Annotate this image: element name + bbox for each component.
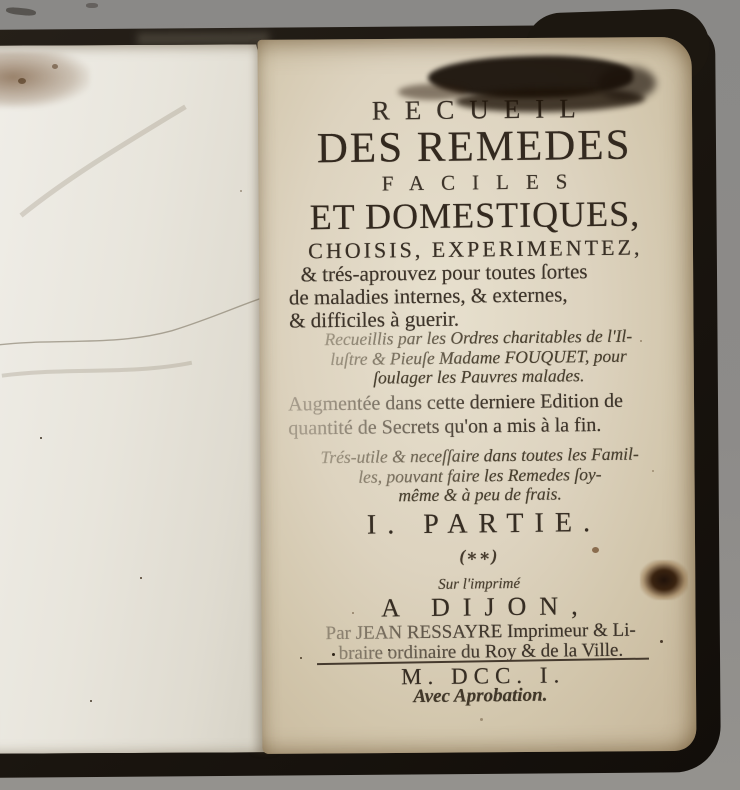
scanned-book-photo: RECUEIL DES REMEDES FACILES ET DOMESTIQU… bbox=[0, 0, 740, 790]
typographic-ornament: (∗∗) bbox=[262, 544, 696, 569]
utility-paragraph: Trés-utile & neceſſaire dans toutes les … bbox=[283, 444, 678, 507]
title-page: RECUEIL DES REMEDES FACILES ET DOMESTIQU… bbox=[258, 37, 697, 754]
part-label: I. PARTIE. bbox=[261, 506, 695, 543]
approval-paragraph: & trés-aprouvez pour toutes ſortes de ma… bbox=[288, 259, 667, 332]
approbation-line: Avec Aprobation. bbox=[263, 683, 697, 710]
scanner-edge-mark bbox=[86, 3, 98, 8]
page-crease-lines bbox=[0, 44, 274, 753]
attribution-paragraph: Recueillis par les Ordres charitables de… bbox=[281, 326, 676, 389]
title-page-text: RECUEIL DES REMEDES FACILES ET DOMESTIQU… bbox=[256, 36, 698, 755]
imprint-city: A DIJON, bbox=[262, 590, 696, 625]
edition-paragraph: Augmentée dans cette derniere Edition de… bbox=[288, 389, 673, 440]
subtitle-domestiques: ET DOMESTIQUES, bbox=[258, 192, 692, 239]
main-title: DES REMEDES bbox=[257, 120, 692, 174]
paragraph-line: quantité de Secrets qu'on a mis à la fin… bbox=[288, 413, 672, 441]
scanner-edge-mark bbox=[6, 6, 37, 16]
left-blank-page bbox=[0, 44, 274, 753]
